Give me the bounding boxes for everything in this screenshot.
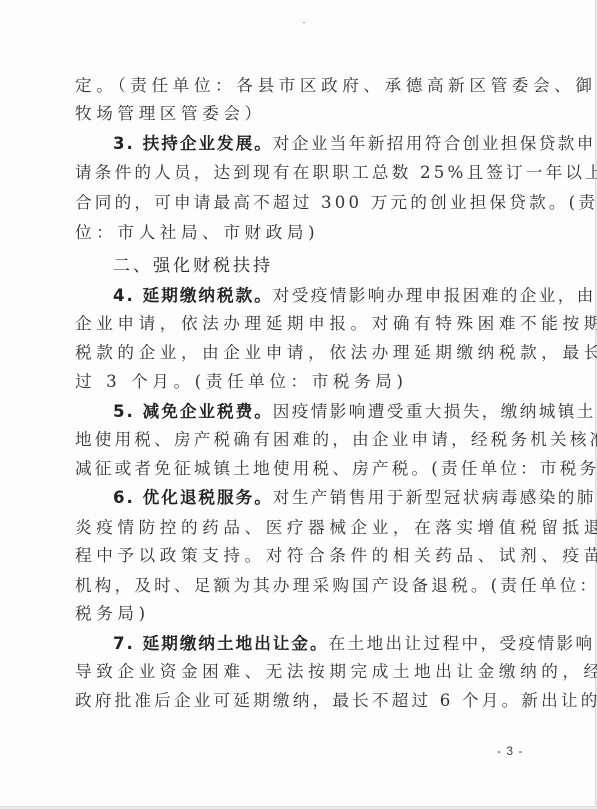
text-line: 政府批准后企业可延期缴纳，最长不超过 6 个月。新出让的地 [75, 691, 525, 711]
text-line: 位：市人社局、市财政局) [75, 223, 525, 243]
item-text: 因疫情影响遭受重大损失，缴纳城镇土 [273, 402, 596, 421]
section-heading: 二、强化财税扶持 [113, 256, 525, 276]
text-line: 过 3 个月。(责任单位：市税务局) [75, 372, 525, 392]
text-line: 减征或者免征城镇土地使用税、房产税。(责任单位：市税务局) [75, 459, 525, 479]
text-line: 定。（责任单位：各县市区政府、承德高新区管委会、御道口 [75, 76, 525, 96]
section-item-6: 6. 优化退税服务。对生产销售用于新型冠状病毒感染的肺 [113, 488, 525, 508]
page-number: - 3 - [497, 744, 523, 758]
item-title: 5. 减免企业税费。 [113, 402, 273, 421]
text-line: 合同的，可申请最高不超过 300 万元的创业担保贷款。(责任单 [75, 193, 525, 213]
text-line: 地使用税、房产税确有困难的，由企业申请，经税务机关核准， [75, 430, 525, 450]
text-line: 企业申请，依法办理延期申报。对确有特殊困难不能按期缴纳 [75, 314, 525, 334]
item-title: 6. 优化退税服务。 [113, 488, 273, 507]
item-title: 3. 扶持企业发展。 [113, 134, 273, 153]
text-line: 导致企业资金困难、无法按期完成土地出让金缴纳的，经市县 [75, 662, 525, 682]
item-title: 7. 延期缴纳土地出让金。 [113, 634, 329, 653]
document-page: 定。（责任单位：各县市区政府、承德高新区管委会、御道口 牧场管理区管委会） 3.… [0, 0, 596, 807]
section-item-5: 5. 减免企业税费。因疫情影响遭受重大损失，缴纳城镇土 [113, 402, 525, 422]
scan-speck [303, 22, 305, 23]
text-line: 税务局) [75, 604, 525, 624]
text-line: 机构，及时、足额为其办理采购国产设备退税。(责任单位：市 [75, 576, 525, 596]
text-line: 请条件的人员，达到现有在职职工总数 25%且签订一年以上劳动 [75, 163, 525, 183]
text-line: 炎疫情防控的药品、医疗器械企业，在落实增值税留抵退税过 [75, 518, 525, 538]
section-item-7: 7. 延期缴纳土地出让金。在土地出让过程中，受疫情影响 [113, 634, 525, 654]
text-line: 牧场管理区管委会） [75, 104, 525, 124]
item-title: 4. 延期缴纳税款。 [113, 286, 273, 305]
text-line: 程中予以政策支持。对符合条件的相关药品、试剂、疫苗研发 [75, 546, 525, 566]
item-text: 在土地出让过程中，受疫情影响 [329, 634, 595, 653]
text-line: 税款的企业，由企业申请，依法办理延期缴纳税款，最长不超 [75, 343, 525, 363]
section-item-3: 3. 扶持企业发展。对企业当年新招用符合创业担保贷款申 [113, 134, 525, 154]
section-item-4: 4. 延期缴纳税款。对受疫情影响办理申报困难的企业，由 [113, 286, 525, 306]
item-text: 对生产销售用于新型冠状病毒感染的肺 [273, 488, 596, 507]
item-text: 对企业当年新招用符合创业担保贷款申 [273, 134, 596, 153]
item-text: 对受疫情影响办理申报困难的企业，由 [273, 286, 596, 305]
